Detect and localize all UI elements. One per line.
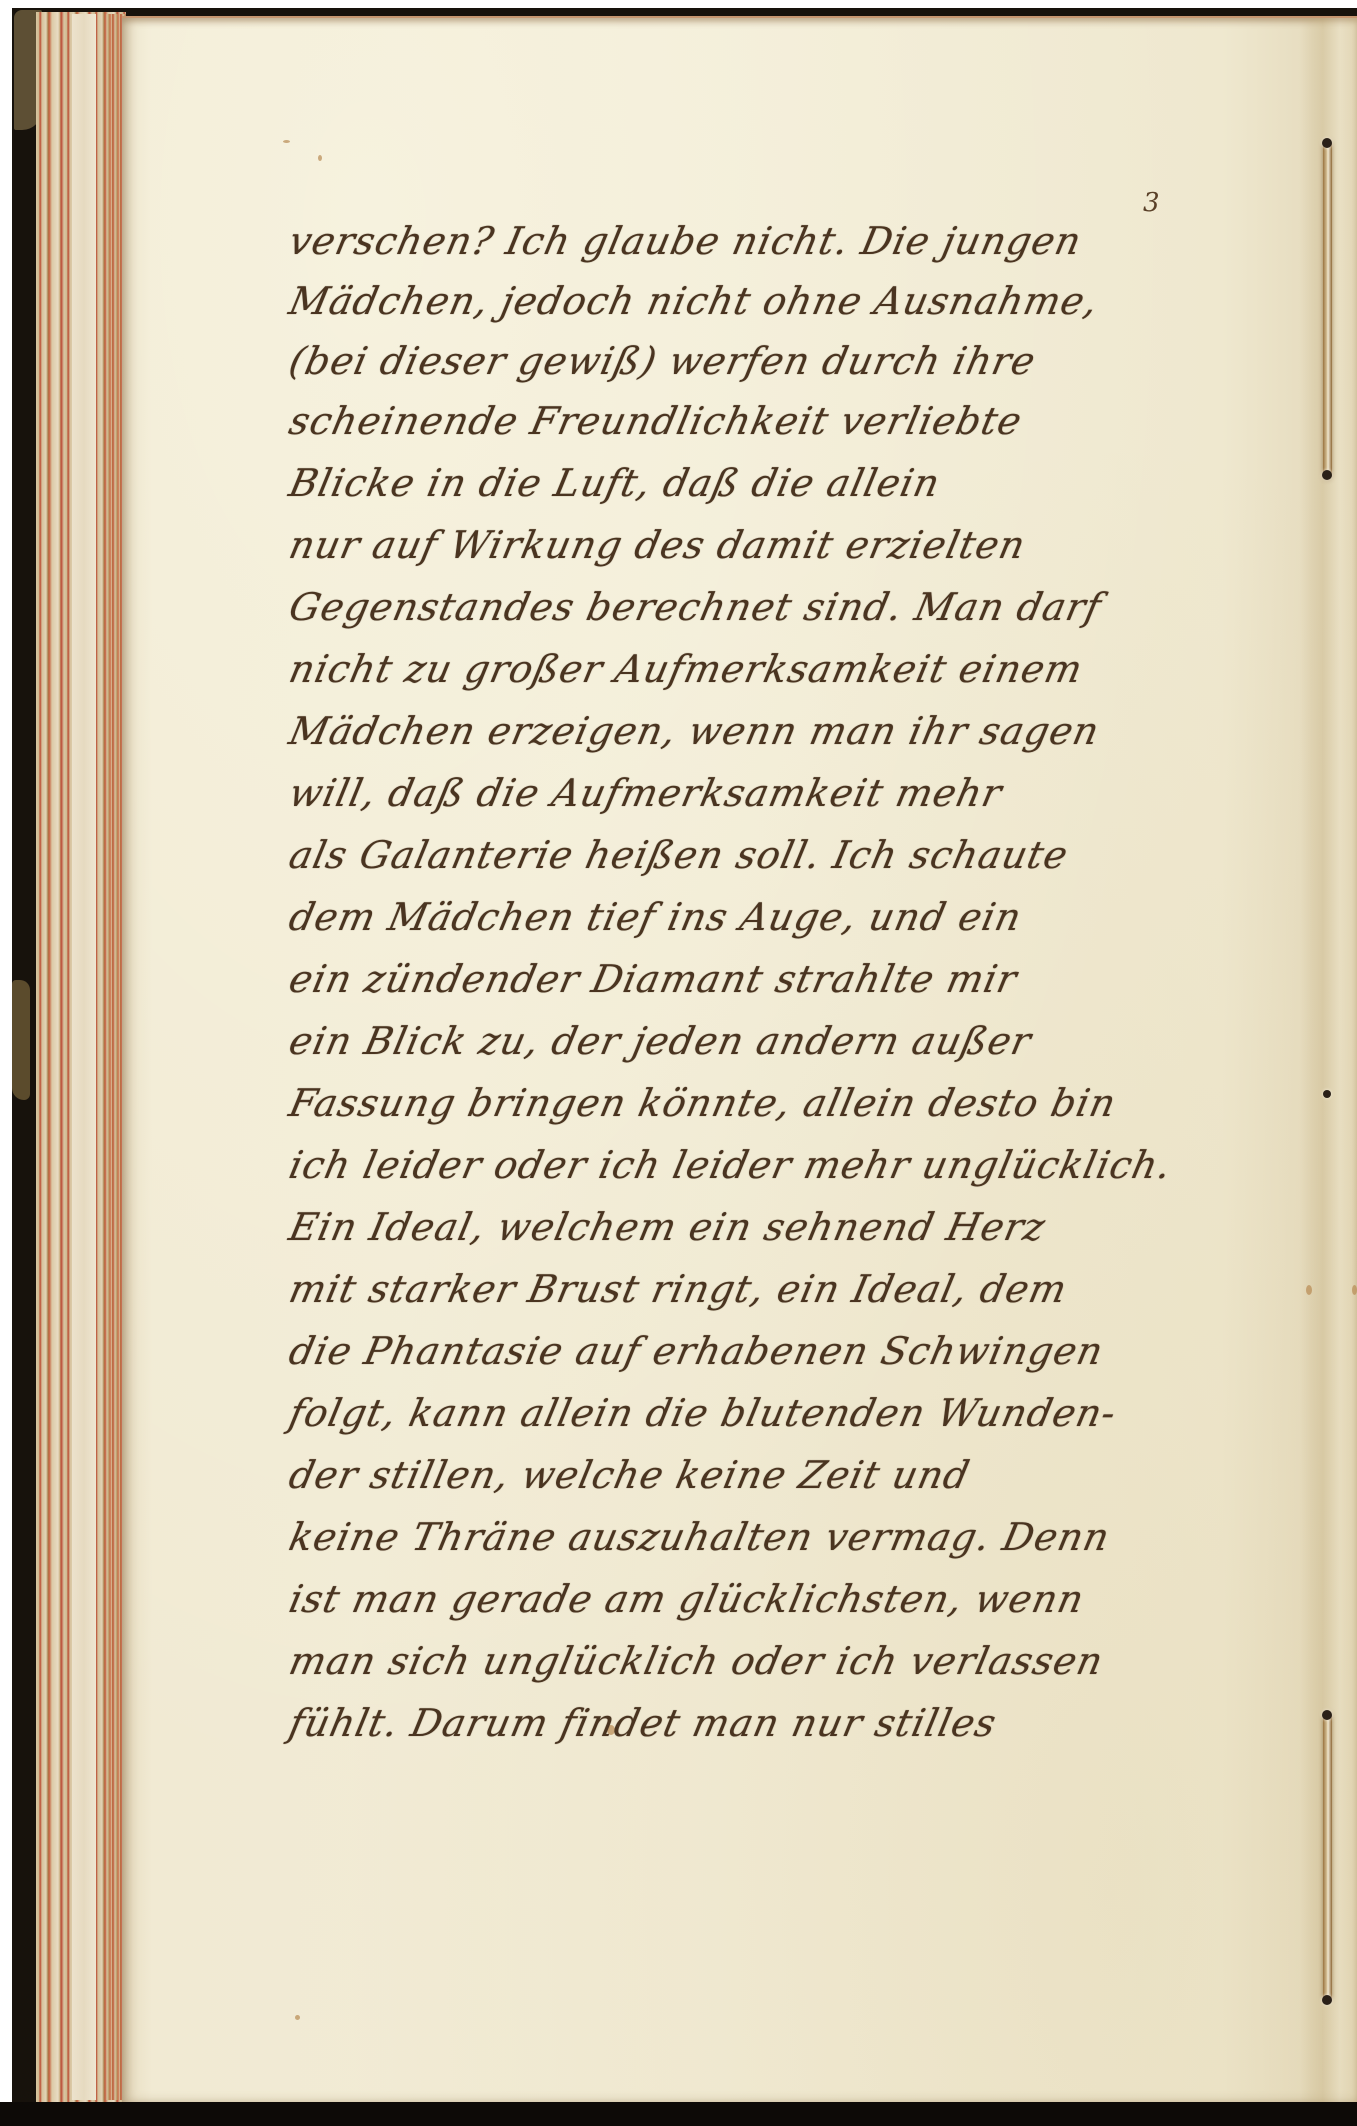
text-line-16: ich leider oder ich leider mehr unglückl… xyxy=(286,1146,1214,1184)
handwritten-text-block: 3 verschen? Ich glaube nicht. Die jungen… xyxy=(0,0,1357,2126)
text-line-24: man sich unglücklich oder ich verlassen xyxy=(286,1642,1214,1680)
text-line-5: Blicke in die Luft, daß die allein xyxy=(286,464,1214,502)
text-line-3: (bei dieser gewiß) werfen durch ihre xyxy=(286,342,1214,380)
text-line-17: Ein Ideal, welchem ein sehnend Herz xyxy=(286,1208,1214,1246)
text-line-1: verschen? Ich glaube nicht. Die jungen xyxy=(286,222,1214,260)
text-line-21: der stillen, welche keine Zeit und xyxy=(286,1456,1214,1494)
text-line-10: will, daß die Aufmerksamkeit mehr xyxy=(286,774,1214,812)
text-line-23: ist man gerade am glücklichsten, wenn xyxy=(286,1580,1214,1618)
text-line-15: Fassung bringen könnte, allein desto bin xyxy=(286,1084,1214,1122)
text-line-22: keine Thräne auszuhalten vermag. Denn xyxy=(286,1518,1214,1556)
text-line-19: die Phantasie auf erhabenen Schwingen xyxy=(286,1332,1214,1370)
page-number: 3 xyxy=(1143,188,1160,218)
text-line-12: dem Mädchen tief ins Auge, und ein xyxy=(286,898,1214,936)
text-line-20: folgt, kann allein die blutenden Wunden- xyxy=(286,1394,1214,1432)
text-line-7: Gegenstandes berechnet sind. Man darf xyxy=(286,588,1214,626)
text-line-6: nur auf Wirkung des damit erzielten xyxy=(286,526,1214,564)
text-line-4: scheinende Freundlichkeit verliebte xyxy=(286,402,1214,440)
text-line-8: nicht zu großer Aufmerksamkeit einem xyxy=(286,650,1214,688)
text-line-2: Mädchen, jedoch nicht ohne Ausnahme, xyxy=(286,282,1214,320)
text-line-11: als Galanterie heißen soll. Ich schaute xyxy=(286,836,1214,874)
text-line-25: fühlt. Darum findet man nur stilles xyxy=(286,1704,1214,1742)
text-line-18: mit starker Brust ringt, ein Ideal, dem xyxy=(286,1270,1214,1308)
text-line-9: Mädchen erzeigen, wenn man ihr sagen xyxy=(286,712,1214,750)
text-line-14: ein Blick zu, der jeden andern außer xyxy=(286,1022,1214,1060)
text-line-13: ein zündender Diamant strahlte mir xyxy=(286,960,1214,998)
